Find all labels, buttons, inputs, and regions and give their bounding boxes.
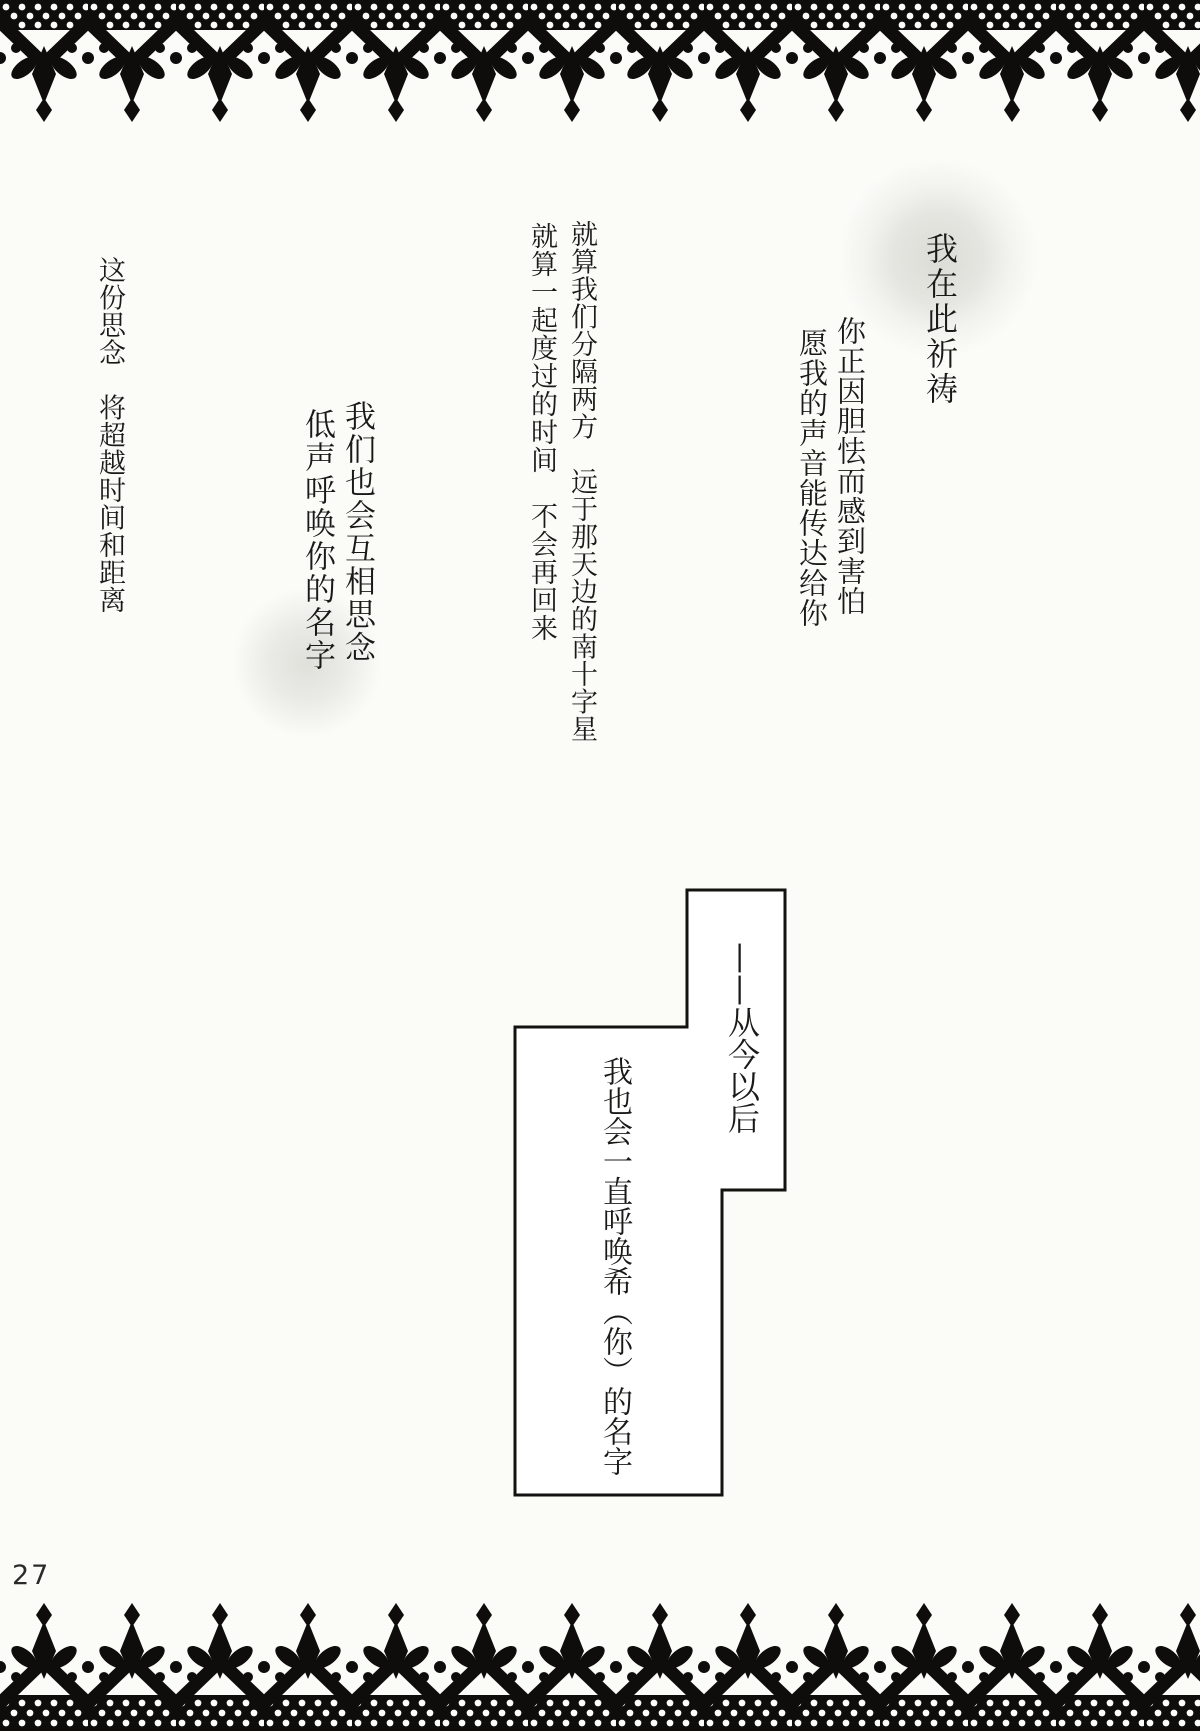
- page-number: 27: [12, 1560, 50, 1591]
- manga-page: 我在此祈祷 你正因胆怯而感到害怕 愿我的声音能传达给你 就算我们分隔两方 远于那…: [0, 0, 1200, 1731]
- verse-column-4: 就算我们分隔两方 远于那天边的南十字星: [562, 220, 601, 743]
- panel-caption-top: ——从今以后: [719, 942, 765, 1134]
- verse-column-3: 愿我的声音能传达给你: [792, 328, 833, 628]
- verse-column-6: 我们也会互相思念: [335, 400, 380, 664]
- verse-column-7: 低声呼唤你的名字: [295, 408, 340, 672]
- panel-caption-bottom: 我也会一直呼唤希（你）的名字: [592, 1056, 636, 1476]
- verse-column-8: 这份思念 将超越时间和距离: [90, 256, 129, 614]
- verse-column-1: 我在此祈祷: [917, 232, 963, 407]
- lace-border-top: [0, 0, 1200, 122]
- verse-column-2: 你正因胆怯而感到害怕: [830, 316, 871, 616]
- verse-column-5: 就算一起度过的时间 不会再回来: [522, 222, 561, 642]
- lace-border-bottom: [0, 1603, 1200, 1731]
